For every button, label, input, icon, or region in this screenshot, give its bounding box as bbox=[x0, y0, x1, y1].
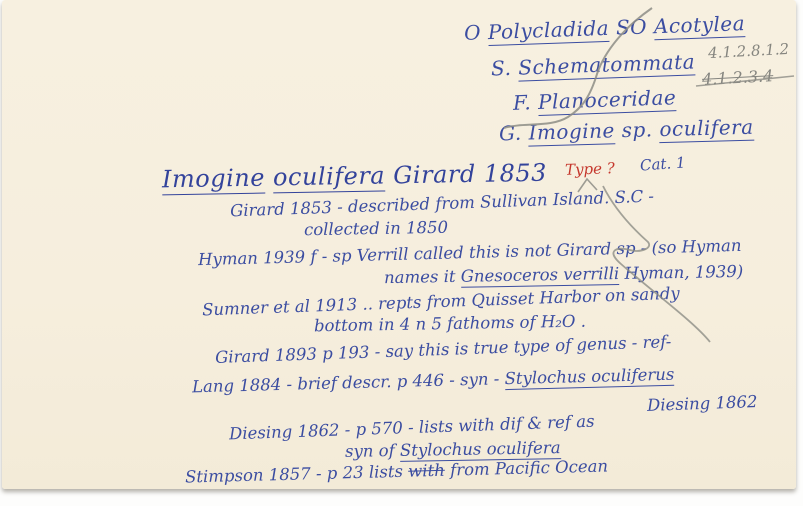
synonym-stylochus-oculiferus: Stylochus oculiferus bbox=[504, 365, 674, 390]
section-name: Schematommata bbox=[518, 49, 696, 81]
lang-citation-text: Lang 1884 - brief descr. p 446 - syn - bbox=[192, 369, 505, 396]
order-prefix: O bbox=[464, 20, 482, 45]
suborder-name: Acotylea bbox=[653, 11, 745, 40]
pencil-catalog-number: 4.1.2.8.1.2 bbox=[708, 40, 790, 62]
catalog-annotation: Cat. 1 bbox=[639, 153, 686, 174]
species-abbrev: sp. bbox=[621, 117, 653, 142]
entry-hyman-1939-line2: names it Gnesoceros verrilli Hyman, 1939… bbox=[384, 262, 743, 287]
entry-lang-1884-line2: Diesing 1862 bbox=[647, 392, 758, 415]
genus-prefix: G. bbox=[499, 121, 522, 146]
card-title: Imogine oculifera Girard 1853 bbox=[162, 159, 547, 194]
species-epithet: oculifera bbox=[659, 115, 754, 143]
family-prefix: F. bbox=[513, 90, 532, 115]
section-prefix: S. bbox=[491, 56, 512, 81]
header-order-line: O Polycladida SO Acotylea bbox=[464, 11, 746, 45]
index-card: O Polycladida SO Acotylea S. Schematomma… bbox=[2, 0, 796, 489]
stimpson-citation-text: Stimpson 1857 - p 23 lists bbox=[185, 462, 409, 487]
type-annotation: Type ? bbox=[565, 159, 615, 179]
syn-of-text: syn of bbox=[345, 441, 400, 461]
header-section-line: S. Schematommata bbox=[491, 49, 696, 80]
entry-girard-1893-line1: Girard 1893 p 193 - say this is true typ… bbox=[215, 332, 672, 367]
suborder-prefix: SO bbox=[616, 15, 648, 40]
title-author-year: Girard 1853 bbox=[393, 159, 547, 190]
entry-diesing-1862-line2: syn of Stylochus oculifera bbox=[345, 438, 561, 461]
header-genus-line: G. Imogine sp. oculifera bbox=[499, 115, 754, 146]
hyman-names-it-text: names it bbox=[384, 267, 461, 287]
struck-word-with: with bbox=[408, 461, 445, 481]
title-species: oculifera bbox=[273, 161, 386, 193]
genus-name: Imogine bbox=[528, 118, 615, 146]
order-name: Polycladida bbox=[487, 16, 609, 46]
header-family-line: F. Planoceridae bbox=[513, 85, 677, 115]
pencil-number-crossed-out: 4.1.2.3.4 bbox=[702, 66, 774, 89]
hyman-year-text: Hyman, 1939) bbox=[619, 262, 743, 283]
synonym-gnesoceros-verrilli: Gnesoceros verrilli bbox=[461, 264, 620, 288]
pacific-ocean-text: from Pacific Ocean bbox=[445, 456, 609, 479]
family-name: Planoceridae bbox=[538, 85, 677, 116]
entry-stimpson-1857-line1: Stimpson 1857 - p 23 lists with from Pac… bbox=[185, 456, 608, 486]
scanned-card-image: O Polycladida SO Acotylea S. Schematomma… bbox=[0, 0, 803, 506]
entry-sumner-1913-line2: bottom in 4 n 5 fathoms of H₂O . bbox=[314, 312, 586, 336]
title-genus: Imogine bbox=[162, 164, 265, 196]
entry-lang-1884-line1: Lang 1884 - brief descr. p 446 - syn - S… bbox=[192, 365, 675, 397]
entry-girard-1853-line2: collected in 1850 bbox=[304, 218, 448, 240]
